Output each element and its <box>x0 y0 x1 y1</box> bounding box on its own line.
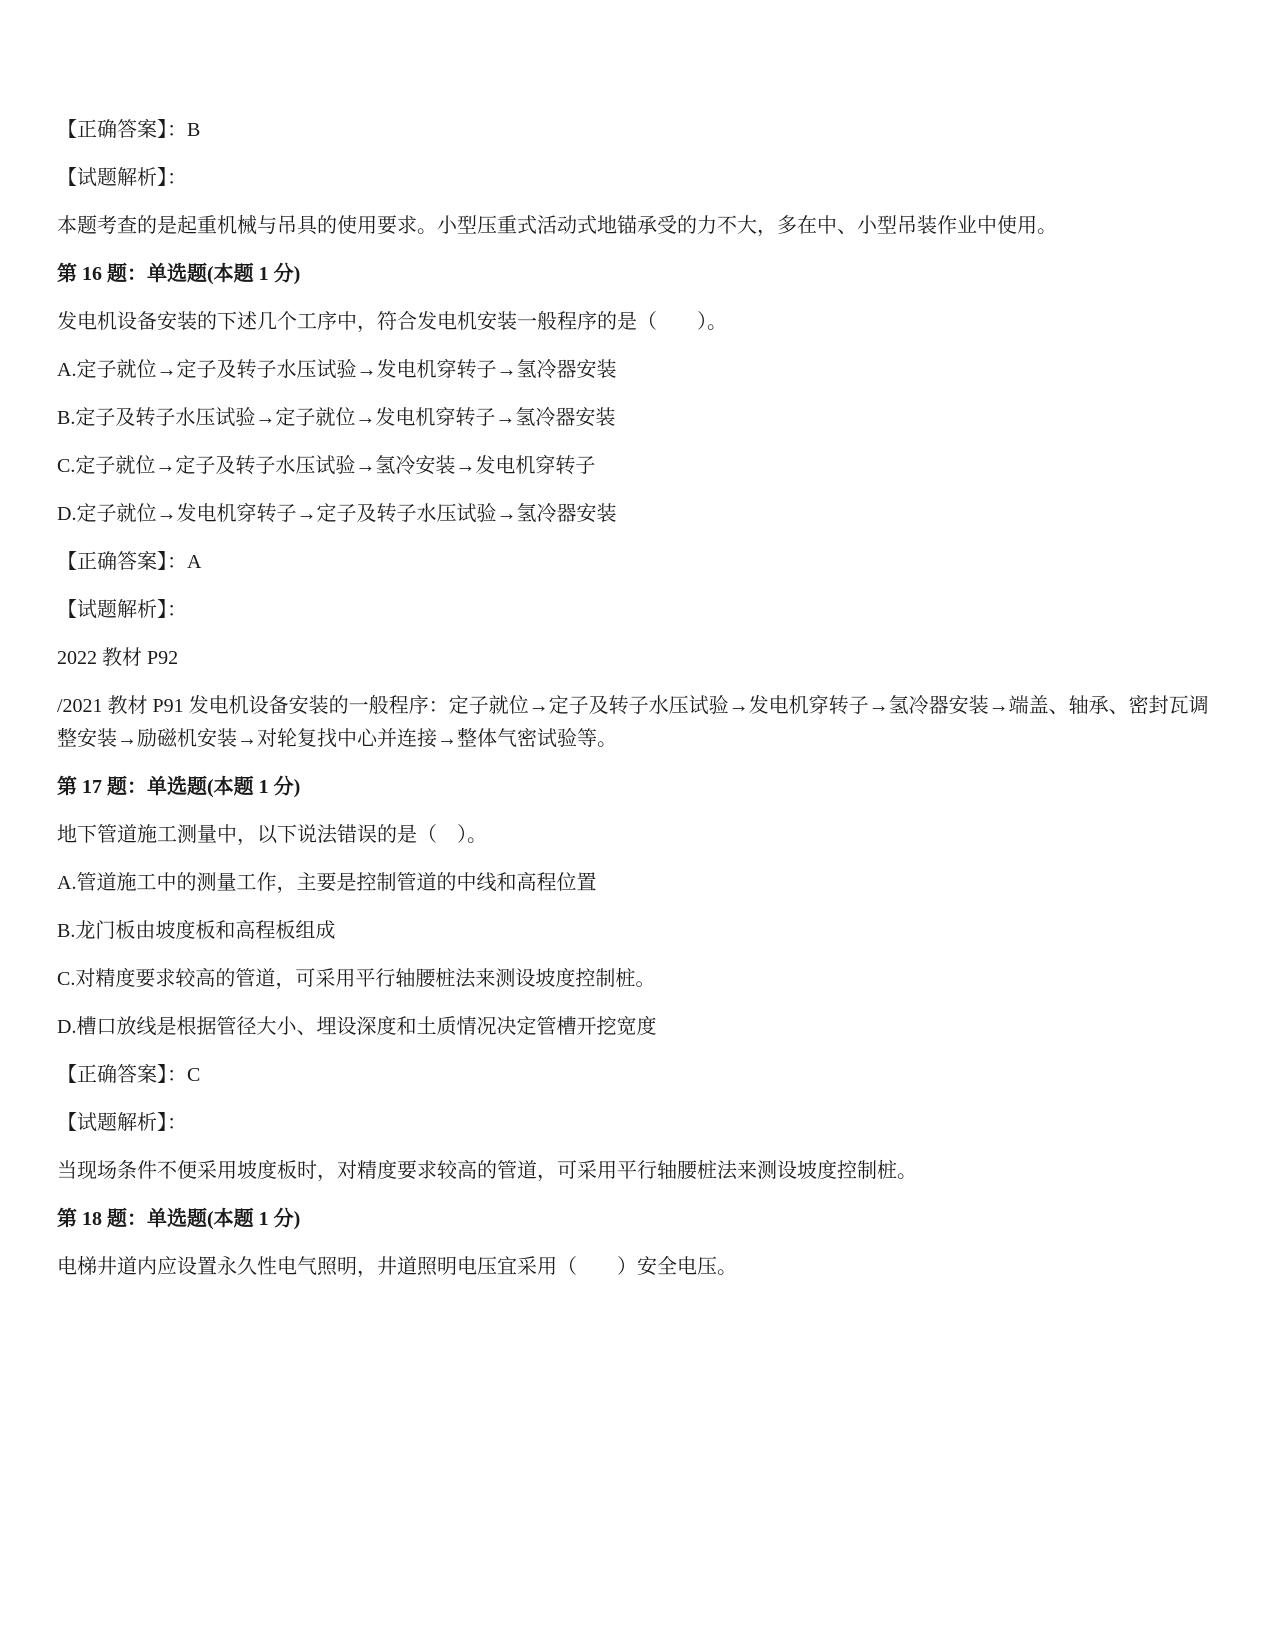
exam-document-page: 【正确答案】：B 【试题解析】： 本题考查的是起重机械与吊具的使用要求。小型压重… <box>0 0 1275 1650</box>
prev-analysis-text: 本题考查的是起重机械与吊具的使用要求。小型压重式活动式地锚承受的力不大，多在中、… <box>57 210 1218 243</box>
question-16-option-d: D.定子就位→发电机穿转子→定子及转子水压试验→氢冷器安装 <box>57 498 1218 531</box>
question-16-correct-answer: 【正确答案】：A <box>57 546 1218 579</box>
question-18-stem: 电梯井道内应设置永久性电气照明，井道照明电压宜采用（ ）安全电压。 <box>57 1251 1218 1284</box>
question-17-analysis-heading: 【试题解析】： <box>57 1107 1218 1140</box>
question-16-option-a: A.定子就位→定子及转子水压试验→发电机穿转子→氢冷器安装 <box>57 354 1218 387</box>
question-16-analysis-heading: 【试题解析】： <box>57 594 1218 627</box>
question-17-analysis-text: 当现场条件不便采用坡度板时，对精度要求较高的管道，可采用平行轴腰桩法来测设坡度控… <box>57 1155 1218 1188</box>
question-17-correct-answer: 【正确答案】：C <box>57 1059 1218 1092</box>
question-18-heading: 第 18 题：单选题(本题 1 分) <box>57 1203 1218 1236</box>
question-17-option-d: D.槽口放线是根据管径大小、埋设深度和土质情况决定管槽开挖宽度 <box>57 1011 1218 1044</box>
question-17-option-b: B.龙门板由坡度板和高程板组成 <box>57 915 1218 948</box>
prev-analysis-heading: 【试题解析】： <box>57 162 1218 195</box>
prev-correct-answer: 【正确答案】：B <box>57 114 1218 147</box>
question-16-analysis-line1: 2022 教材 P92 <box>57 642 1218 675</box>
question-17-option-c: C.对精度要求较高的管道，可采用平行轴腰桩法来测设坡度控制桩。 <box>57 963 1218 996</box>
question-16-analysis-line2: /2021 教材 P91 发电机设备安装的一般程序：定子就位→定子及转子水压试验… <box>57 690 1218 756</box>
question-16-stem: 发电机设备安装的下述几个工序中，符合发电机安装一般程序的是（ ）。 <box>57 306 1218 339</box>
question-17-option-a: A.管道施工中的测量工作，主要是控制管道的中线和高程位置 <box>57 867 1218 900</box>
question-17-heading: 第 17 题：单选题(本题 1 分) <box>57 771 1218 804</box>
question-16-option-c: C.定子就位→定子及转子水压试验→氢冷安装→发电机穿转子 <box>57 450 1218 483</box>
question-16-option-b: B.定子及转子水压试验→定子就位→发电机穿转子→氢冷器安装 <box>57 402 1218 435</box>
question-16-heading: 第 16 题：单选题(本题 1 分) <box>57 258 1218 291</box>
question-17-stem: 地下管道施工测量中，以下说法错误的是（ ）。 <box>57 819 1218 852</box>
